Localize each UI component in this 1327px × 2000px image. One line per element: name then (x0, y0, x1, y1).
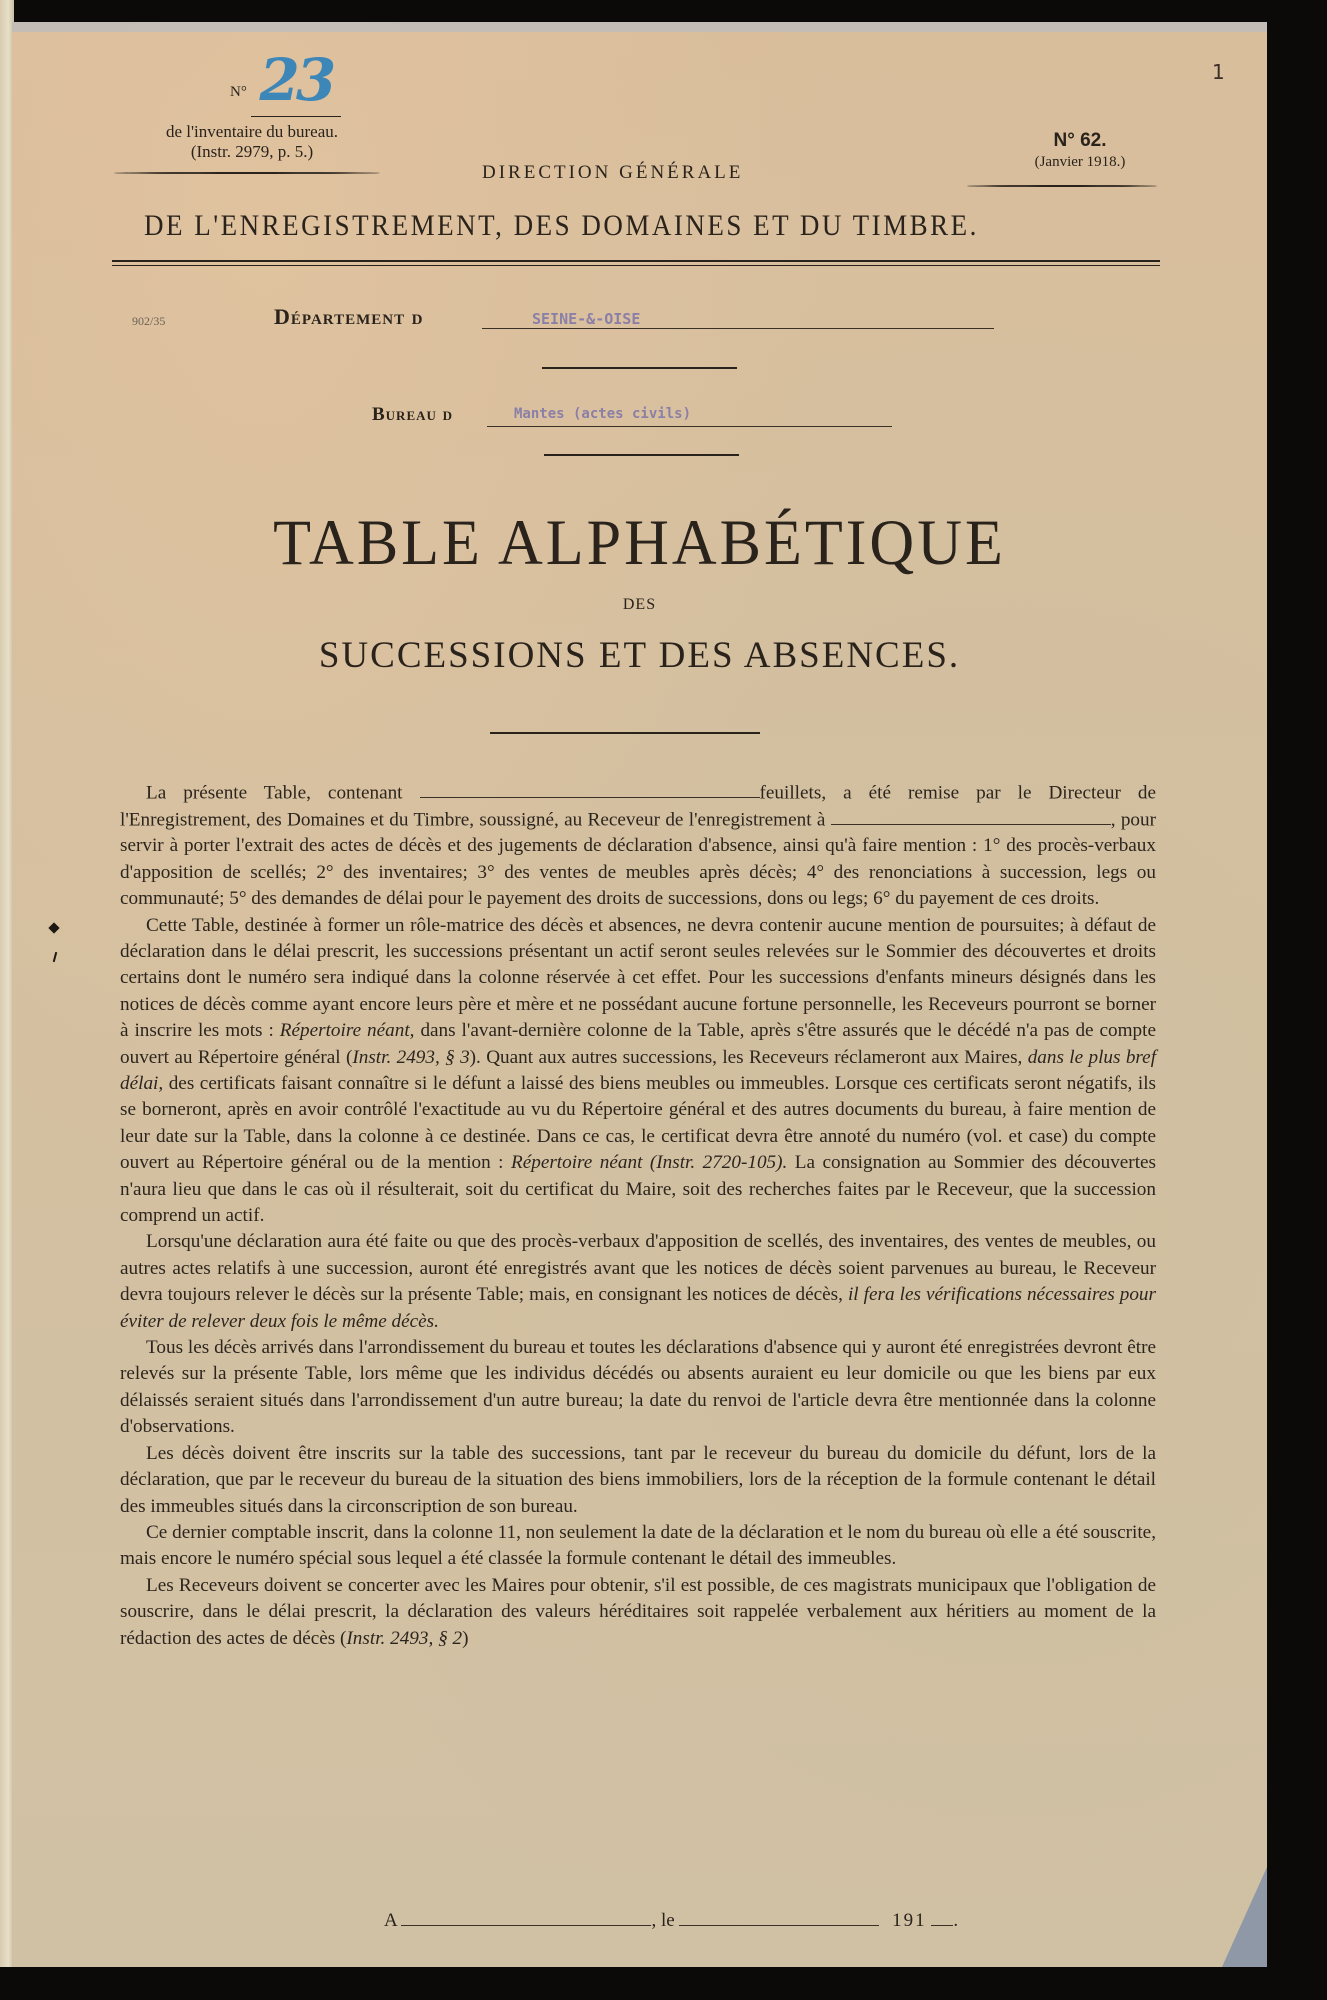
ornamental-rule-left (114, 172, 380, 174)
inventory-line-2: (Instr. 2979, p. 5.) (142, 142, 362, 162)
paragraph-5: Les décès doivent être inscrits sur la t… (120, 1441, 1156, 1520)
paragraph-7: Les Receveurs doivent se concerter avec … (120, 1573, 1156, 1652)
place-label: A (384, 1910, 397, 1931)
form-date: (Janvier 1918.) (1010, 154, 1150, 171)
paragraph-4: Tous les décès arrivés dans l'arrondisse… (120, 1335, 1156, 1441)
page-number: 1 (1212, 60, 1225, 84)
double-rule-bottom (112, 265, 1160, 266)
year-prefix: 191 (892, 1910, 927, 1931)
main-title: TABLE ALPHABÉTIQUE (12, 506, 1267, 580)
departement-field (482, 328, 994, 329)
bureau-stamp: Mantes (actes civils) (514, 406, 691, 422)
departement-label: Département d (274, 304, 423, 330)
title-connector: DES (12, 596, 1267, 614)
paragraph-1: La présente Table, contenant feuillets, … (120, 780, 1156, 913)
direction-heading: DIRECTION GÉNÉRALE (482, 162, 743, 184)
receiver-location-field (831, 807, 1111, 825)
paragraph-6: Ce dernier comptable inscrit, dans la co… (120, 1520, 1156, 1573)
year-suffix: . (953, 1910, 958, 1931)
margin-mark (48, 922, 59, 933)
double-rule-top (112, 260, 1160, 262)
paragraph-3: Lorsqu'une déclaration aura été faite ou… (120, 1229, 1156, 1335)
inventory-no-label: N° (230, 84, 247, 100)
margin-note: 902/35 (132, 314, 165, 329)
inventory-no-field: 23 (251, 60, 341, 117)
ornamental-rule-right (967, 185, 1157, 187)
bureau-label: Bureau d (372, 404, 453, 426)
separator-rule-2 (544, 454, 739, 456)
inventory-number: N° 23 (230, 60, 341, 117)
separator-rule-1 (542, 367, 737, 369)
corner-fold (1222, 1867, 1267, 1967)
form-number: N° 62. (1010, 130, 1150, 152)
top-edge (12, 22, 1267, 32)
place-field (401, 1908, 651, 1926)
bureau-field (487, 426, 892, 427)
inventory-no-value: 23 (259, 46, 332, 114)
administration-heading: DE L'ENREGISTREMENT, DES DOMAINES ET DU … (144, 208, 979, 242)
form-number-block: N° 62. (Janvier 1918.) (1010, 130, 1150, 171)
inventory-caption: de l'inventaire du bureau. (Instr. 2979,… (142, 122, 362, 162)
year-field (931, 1908, 953, 1926)
sheet-count-field (420, 780, 760, 798)
paragraph-2: Cette Table, destinée à former un rôle-m… (120, 913, 1156, 1230)
inventory-line-1: de l'inventaire du bureau. (142, 122, 362, 142)
instructions-body: La présente Table, contenant feuillets, … (120, 780, 1156, 1652)
subtitle: SUCCESSIONS ET DES ABSENCES. (12, 634, 1267, 677)
date-label: , le (651, 1910, 674, 1931)
title-rule (490, 732, 760, 734)
margin-tick (53, 952, 58, 962)
footer-place-date: A , le 191 . (384, 1908, 958, 1932)
title-block: TABLE ALPHABÉTIQUE DES SUCCESSIONS ET DE… (12, 508, 1267, 677)
date-field (679, 1908, 879, 1926)
departement-stamp: SEINE-&-OISE (532, 310, 640, 328)
document-page: N° 23 de l'inventaire du bureau. (Instr.… (12, 22, 1267, 1967)
